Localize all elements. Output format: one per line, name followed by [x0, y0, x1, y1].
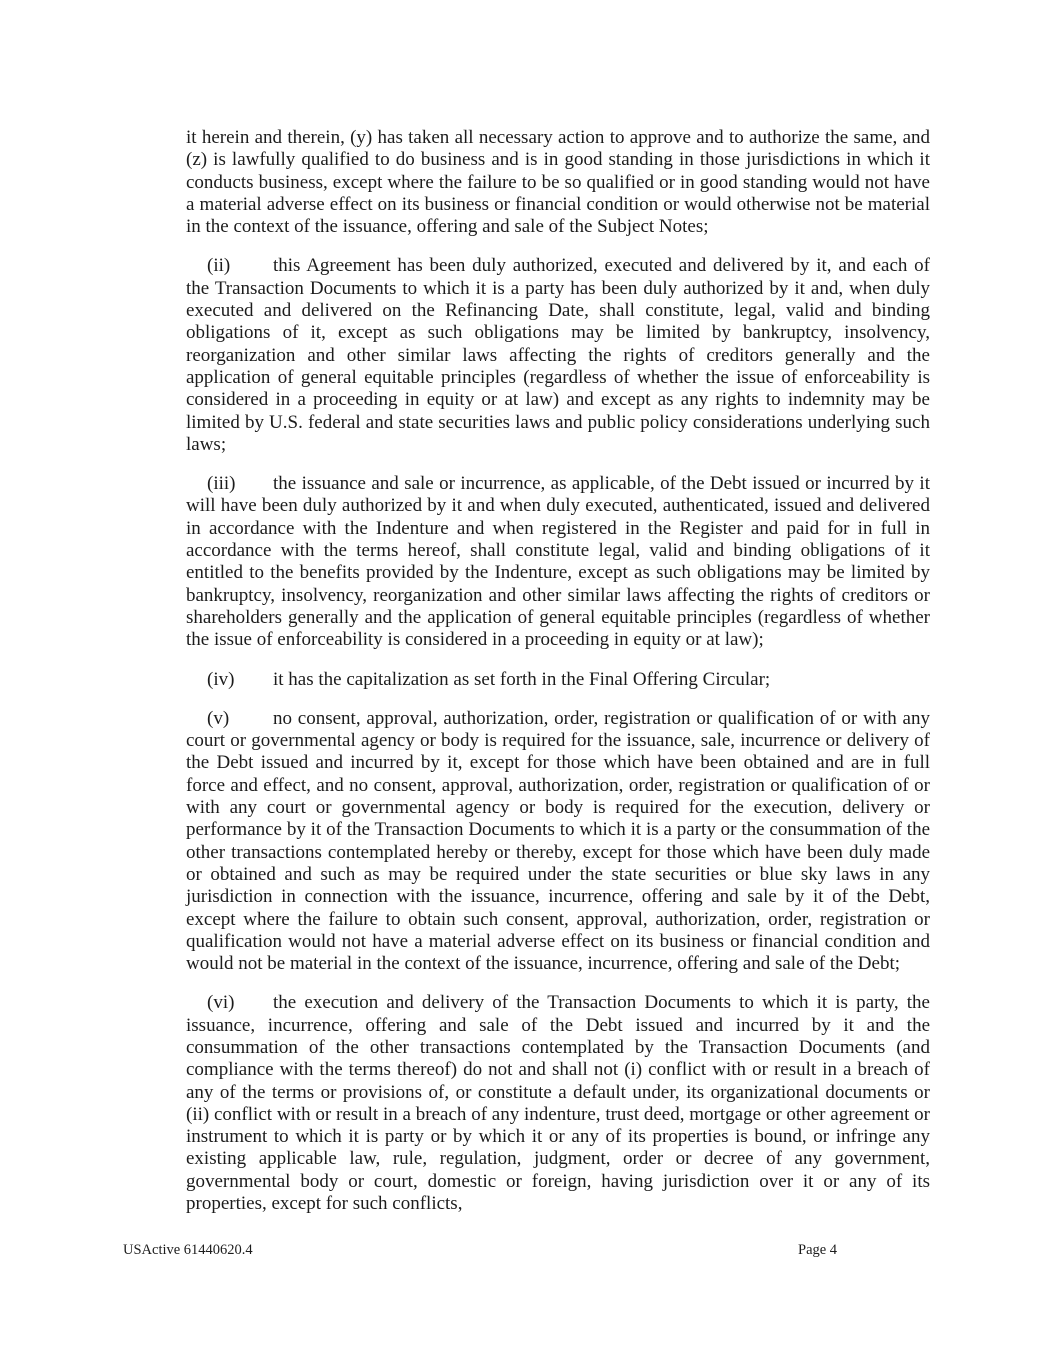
- paragraph-continuation: it herein and therein, (y) has taken all…: [186, 127, 930, 238]
- paragraph-iv-text: it has the capitalization as set forth i…: [273, 669, 770, 690]
- paragraph-vi-number: (vi): [207, 992, 273, 1014]
- paragraph-vi-text: the execution and delivery of the Transa…: [186, 992, 930, 1214]
- paragraph-v-text: no consent, approval, authorization, ord…: [186, 708, 930, 974]
- paragraph-v-number: (v): [207, 708, 273, 730]
- paragraph-iii-text: the issuance and sale or incurrence, as …: [186, 473, 930, 650]
- paragraph-ii: (ii)this Agreement has been duly authori…: [186, 255, 930, 456]
- paragraph-iv: (iv)it has the capitalization as set for…: [186, 669, 930, 691]
- footer-page-number: Page 4: [798, 1241, 837, 1259]
- paragraph-ii-number: (ii): [207, 255, 273, 277]
- document-page: it herein and therein, (y) has taken all…: [0, 0, 1055, 1365]
- paragraph-iii: (iii)the issuance and sale or incurrence…: [186, 473, 930, 651]
- paragraph-iii-number: (iii): [207, 473, 273, 495]
- paragraph-ii-text: this Agreement has been duly authorized,…: [186, 255, 930, 454]
- footer-doc-id: USActive 61440620.4: [123, 1241, 253, 1259]
- paragraph-iv-number: (iv): [207, 669, 273, 691]
- paragraph-vi: (vi)the execution and delivery of the Tr…: [186, 992, 930, 1215]
- document-body: it herein and therein, (y) has taken all…: [186, 127, 930, 1232]
- paragraph-v: (v)no consent, approval, authorization, …: [186, 708, 930, 976]
